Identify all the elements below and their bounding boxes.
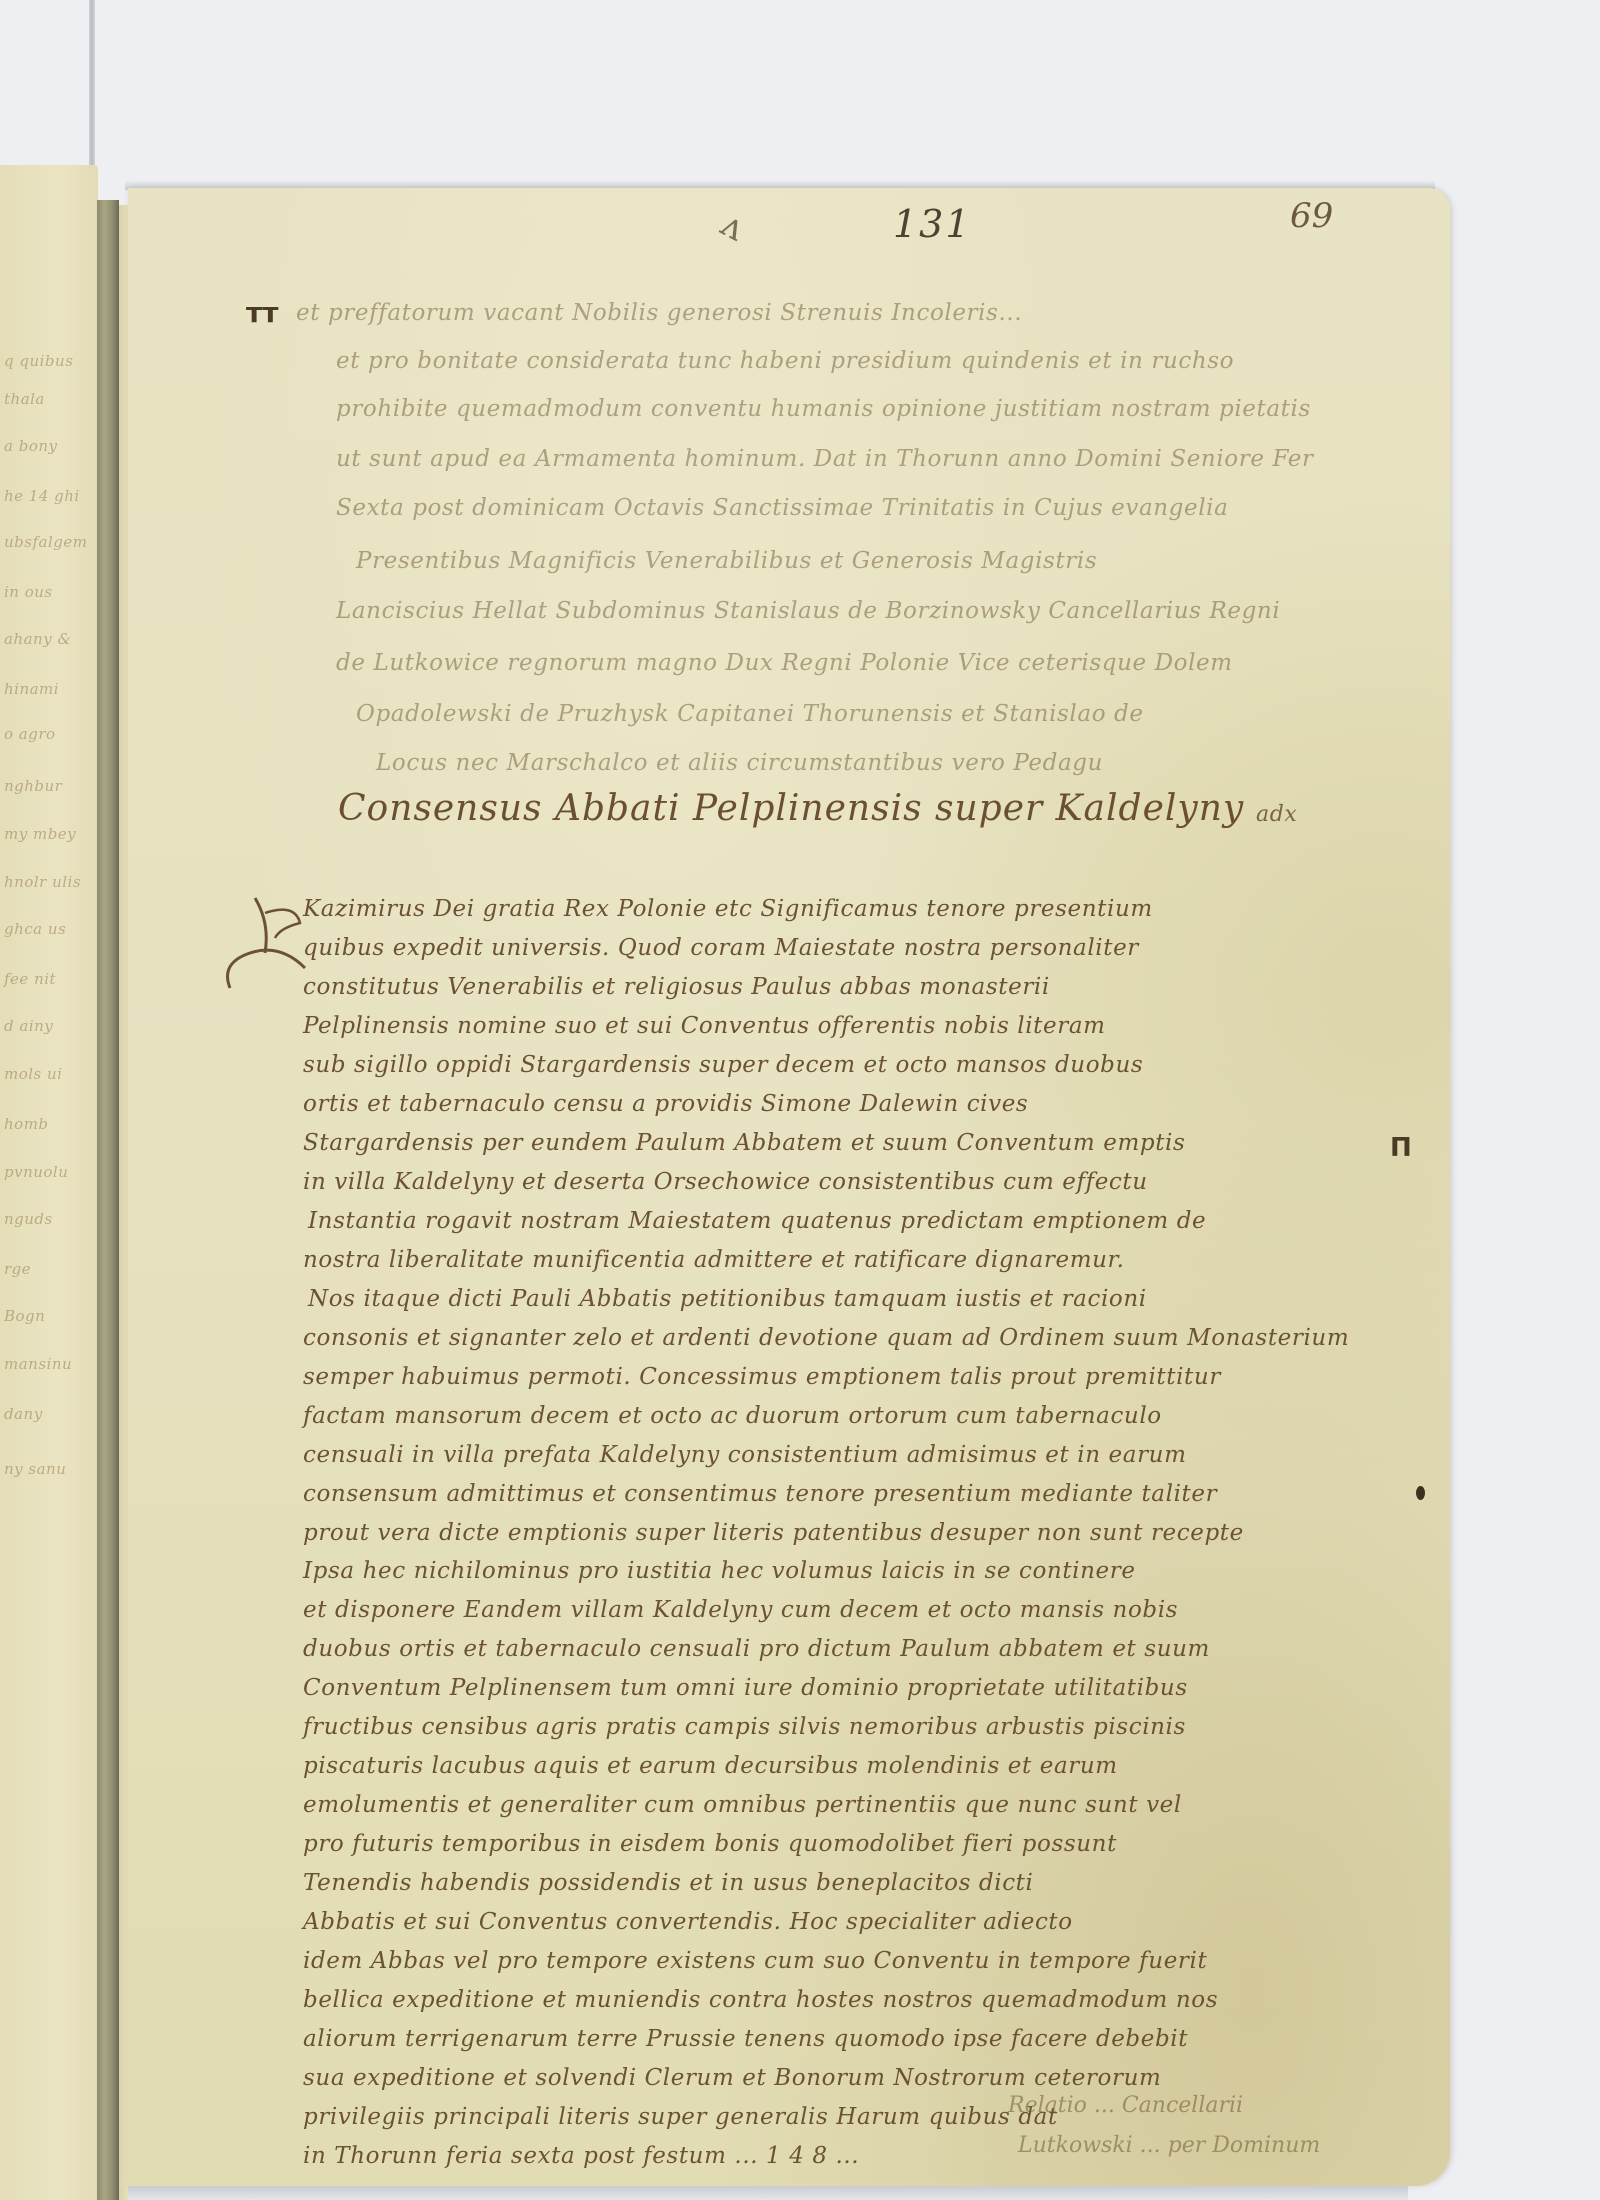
body-line: aliorum terrigenarum terre Prussie tenen…: [303, 2026, 1188, 2052]
faded-line: de Lutkowice regnorum magno Dux Regni Po…: [336, 650, 1233, 676]
margin-word: a bony: [4, 437, 57, 455]
heading-title: Consensus Abbati Pelplinensis super Kald…: [338, 788, 1244, 829]
faded-line: Locus nec Marschalco et aliis circumstan…: [376, 750, 1103, 776]
manuscript-text: ᴛᴛ Π et preffatorum vacant Nobilis gener…: [128, 188, 1450, 2186]
margin-word: rge: [4, 1260, 31, 1278]
body-line: Conventum Pelplinensem tum omni iure dom…: [303, 1675, 1188, 1701]
body-line: sub sigillo oppidi Stargardensis super d…: [303, 1052, 1143, 1078]
margin-word: Bogn: [4, 1307, 45, 1325]
body-line: bellica expeditione et muniendis contra …: [303, 1987, 1218, 2013]
left-page-text-fragments: q quibus thala a bony he 14 ghi ubsfalge…: [0, 165, 98, 2200]
manuscript-page: ʌ 131 69 ᴛᴛ Π et preffatorum vacant Nobi…: [128, 188, 1450, 2186]
faded-line: Opadolewski de Pruzhysk Capitanei Thorun…: [356, 701, 1144, 727]
margin-word: o agro: [4, 725, 56, 743]
margin-word: mansinu: [4, 1355, 72, 1373]
faded-line: Presentibus Magnificis Venerabilibus et …: [356, 548, 1097, 574]
body-line: Ipsa hec nichilominus pro iustitia hec v…: [303, 1558, 1136, 1584]
body-line: privilegiis principali literis super gen…: [303, 2104, 1058, 2130]
body-line: emolumentis et generaliter cum omnibus p…: [303, 1792, 1182, 1818]
body-line: Pelplinensis nomine suo et sui Conventus…: [303, 1013, 1106, 1039]
body-line: censuali in villa prefata Kaldelyny cons…: [303, 1442, 1186, 1468]
page-bottom-shadow: [128, 2186, 1408, 2200]
body-line: ortis et tabernaculo censu a providis Si…: [303, 1091, 1028, 1117]
margin-word: in ous: [4, 583, 53, 601]
body-line: factam mansorum decem et octo ac duorum …: [303, 1403, 1162, 1429]
body-line: Nos itaque dicti Pauli Abbatis petitioni…: [308, 1286, 1147, 1312]
margin-word: dany: [4, 1405, 43, 1423]
faded-line: et preffatorum vacant Nobilis generosi S…: [296, 300, 1022, 326]
margin-word: ghca us: [4, 920, 66, 938]
body-line: constitutus Venerabilis et religiosus Pa…: [303, 974, 1050, 1000]
body-line: Tenendis habendis possidendis et in usus…: [303, 1870, 1033, 1896]
body-line: fructibus censibus agris pratis campis s…: [303, 1714, 1186, 1740]
signature-line: Relatio ... Cancellarii: [1008, 2093, 1243, 2118]
margin-word: thala: [4, 390, 45, 408]
body-line: Instantia rogavit nostram Maiestatem qua…: [308, 1208, 1206, 1234]
body-line: et disponere Eandem villam Kaldelyny cum…: [303, 1597, 1178, 1623]
margin-word: hinami: [4, 680, 59, 698]
body-line: duobus ortis et tabernaculo censuali pro…: [303, 1636, 1210, 1662]
margin-word: nghbur: [4, 777, 62, 795]
signature-line: Lutkowski ... per Dominum: [1018, 2133, 1320, 2158]
body-line: sua expeditione et solvendi Clerum et Bo…: [303, 2065, 1161, 2091]
body-line: prout vera dicte emptionis super literis…: [303, 1520, 1244, 1546]
body-line: quibus expedit universis. Quod coram Mai…: [303, 935, 1139, 961]
margin-word: nguds: [4, 1210, 53, 1228]
body-line: pro futuris temporibus in eisdem bonis q…: [303, 1831, 1117, 1857]
body-line: Abbatis et sui Conventus convertendis. H…: [303, 1909, 1073, 1935]
body-line: idem Abbas vel pro tempore existens cum …: [303, 1948, 1207, 1974]
body-line: Stargardensis per eundem Paulum Abbatem …: [303, 1130, 1185, 1156]
body-line: Kazimirus Dei gratia Rex Polonie etc Sig…: [303, 896, 1153, 922]
body-line: nostra liberalitate munificentia admitte…: [303, 1247, 1125, 1273]
body-line: consensum admittimus et consentimus teno…: [303, 1481, 1217, 1507]
margin-word: my mbey: [4, 825, 76, 843]
faded-line: et pro bonitate considerata tunc habeni …: [336, 348, 1234, 374]
body-line: in Thorunn feria sexta post festum ... 1…: [303, 2143, 859, 2169]
faded-line: ut sunt apud ea Armamenta hominum. Dat i…: [336, 446, 1314, 472]
faded-line: prohibite quemadmodum conventu humanis o…: [336, 396, 1311, 422]
body-line: consonis et signanter zelo et ardenti de…: [303, 1325, 1349, 1351]
margin-mark-right: Π: [1390, 1133, 1412, 1163]
margin-word: he 14 ghi: [4, 487, 80, 505]
margin-word: q quibus: [4, 352, 73, 370]
body-line: in villa Kaldelyny et deserta Orsechowic…: [303, 1169, 1148, 1195]
body-line: semper habuimus permoti. Concessimus emp…: [303, 1364, 1221, 1390]
margin-word: hnolr ulis: [4, 873, 81, 891]
ink-spot: [1416, 1486, 1425, 1500]
heading-note: adx: [1256, 802, 1297, 827]
margin-word: ahany &: [4, 630, 71, 648]
margin-word: mols ui: [4, 1065, 62, 1083]
faded-line: Sexta post dominicam Octavis Sanctissima…: [336, 495, 1228, 521]
book-gutter: [97, 200, 119, 2200]
margin-word: fee nit: [4, 970, 56, 988]
margin-word: homb: [4, 1115, 49, 1133]
left-page-verso: q quibus thala a bony he 14 ghi ubsfalge…: [0, 165, 98, 2200]
faded-line: Lanciscius Hellat Subdominus Stanislaus …: [336, 598, 1280, 624]
margin-word: ubsfalgem: [4, 533, 87, 551]
margin-word: pvnuolu: [4, 1163, 68, 1181]
margin-mark-top-left: ᴛᴛ: [246, 296, 278, 329]
margin-word: ny sanu: [4, 1460, 66, 1478]
margin-word: d ainy: [4, 1017, 53, 1035]
body-line: piscaturis lacubus aquis et earum decurs…: [303, 1753, 1118, 1779]
